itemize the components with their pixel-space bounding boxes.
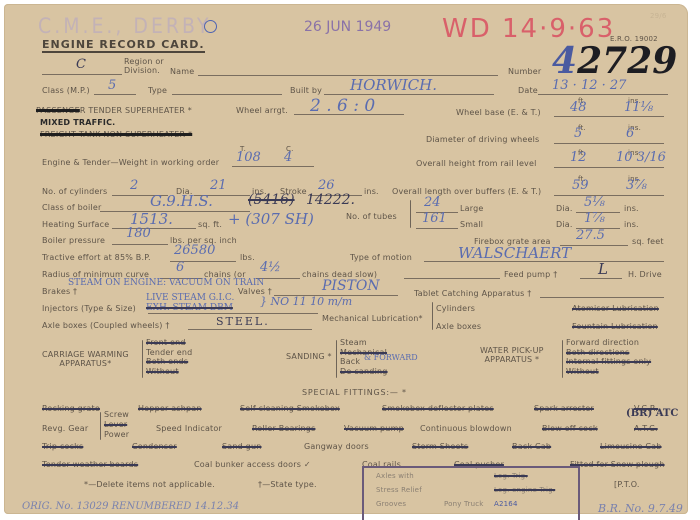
carriage-warming-label: CARRIAGE WARMING APPARATUS* — [42, 350, 129, 368]
injectors-exhaust-steam: EXH. STEAM DBM — [146, 303, 233, 313]
circled-mark — [204, 20, 217, 33]
tractive-value: 26580 — [174, 243, 215, 258]
motion-label: Type of motion — [350, 253, 412, 262]
valves-value: PISTON — [322, 278, 380, 294]
class-label: Class (M.P.) — [42, 86, 90, 95]
wheel-base-ins: 11⅛ — [624, 100, 653, 115]
stamp-line-text: Log. Trig. — [494, 472, 528, 480]
height-ins: 10 3/16 — [616, 150, 666, 165]
brakes-value: STEAM ON ENGINE: VACUUM ON TRAIN — [68, 278, 264, 288]
option-item: Tender end — [146, 348, 192, 358]
special-fitting-item: Limousine Cab — [600, 442, 662, 451]
dia-label: Dia. — [556, 204, 573, 213]
axle-coupled-value: STEEL. — [216, 315, 270, 328]
wheel-base-label: Wheel base (E. & T.) — [456, 108, 541, 117]
option-item: Both directions — [566, 348, 651, 358]
curve-value: 6 — [176, 260, 184, 275]
special-fitting-item: Hopper ashpan — [138, 404, 202, 413]
special-fitting-item: Spark arrester — [534, 404, 594, 413]
tablet-label: Tablet Catching Apparatus † — [414, 289, 531, 298]
cylinders-value: 2 — [130, 178, 138, 193]
wheel-arrgt-value: 2 . 6 : 0 — [310, 96, 375, 116]
class-value: 5 — [108, 78, 116, 93]
atomiser-lubrication: Atomiser Lubrication — [572, 304, 659, 313]
height-ft: 12 — [570, 150, 587, 165]
cme-derby-stamp: C.M.E., DERBY — [38, 14, 211, 38]
sanding-label: SANDING * — [286, 352, 332, 361]
tubes-large-count: 24 — [424, 195, 441, 210]
dia-value: 21 — [210, 178, 227, 193]
option-item: Without — [146, 367, 192, 377]
curve-slow-value: 4½ — [260, 260, 281, 275]
tubes-large-label: Large — [460, 204, 484, 213]
special-fitting-item: Vacuum pump — [344, 424, 404, 433]
date-value: 13 · 12 · 27 — [552, 78, 626, 93]
special-fitting-item: Sand gun — [222, 442, 262, 451]
boiler-class-value: G.9.H.S. — [150, 192, 213, 210]
card-title: ENGINE RECORD CARD. — [42, 38, 205, 53]
built-by-value: HORWICH. — [350, 76, 437, 94]
water-pickup-options: Forward directionBoth directionsInternal… — [566, 338, 651, 376]
weight-label: Engine & Tender—Weight in working order — [42, 158, 219, 167]
original-number-note: ORIG. No. 13029 RENUMBERED 14.12.34 — [22, 501, 239, 512]
special-fitting-item: Self-cleaning Smokebox — [240, 404, 340, 413]
type-label: Type — [148, 86, 167, 95]
height-label: Overall height from rail level — [416, 159, 537, 168]
special-fitting-item: Gangway doors — [304, 442, 369, 451]
number-label: Number — [508, 67, 541, 76]
state-type-note: †—State type. — [258, 480, 317, 489]
stamp-line-text: Pony Truck — [444, 500, 484, 508]
axle-coupled-label: Axle boxes (Coupled wheels) † — [42, 321, 170, 330]
heating-superheat: + (307 SH) — [228, 210, 314, 228]
tractive-label: Tractive effort at 85% B.P. — [42, 253, 151, 262]
option-item: Lever — [104, 420, 129, 430]
option-item: Forward direction — [566, 338, 651, 348]
special-fitting-item: Storm Sheets — [412, 442, 468, 451]
built-by-label: Built by — [290, 86, 322, 95]
special-fitting-item: Blow off cock — [542, 424, 598, 433]
boiler-number: 14222. — [306, 192, 355, 208]
special-fitting-item: Condenser — [132, 442, 177, 451]
option-item: Without — [566, 367, 651, 377]
name-label: Name — [170, 67, 194, 76]
brakes-label: Brakes † — [42, 287, 77, 296]
type-freight: FREIGHT TANK NON-SUPERHEATER * — [40, 130, 192, 139]
br-number-note: B.R. No. 9.7.49 — [598, 502, 683, 515]
tubes-small-count: 161 — [422, 211, 447, 226]
tubes-small-label: Small — [460, 220, 483, 229]
special-fitting-item: Fitted for Snow plough — [570, 460, 665, 469]
option-item: De-sanding — [340, 367, 388, 377]
grate-unit: sq. feet — [632, 237, 664, 246]
fountain-lubrication: Fountain Lubrication — [572, 322, 658, 331]
dia-label: Dia. — [556, 220, 573, 229]
special-fitting-item: Continuous blowdown — [420, 424, 512, 433]
special-fitting-item: Tender weather boards — [42, 460, 138, 469]
special-fitting-item: Rocking grate — [42, 404, 100, 413]
option-item: Internal fittings only — [566, 357, 651, 367]
delete-note: *—Delete items not applicable. — [84, 480, 215, 489]
stamp-line-text: Stress Relief — [376, 486, 422, 494]
driving-wheels-ft: 5 — [574, 126, 582, 141]
stamp-line-text: Grooves — [376, 500, 406, 508]
stamp-line-text: A2164 — [494, 500, 518, 508]
injectors-label: Injectors (Type & Size) — [42, 304, 136, 313]
date-label: Date — [518, 86, 538, 95]
weight-c: 4 — [284, 150, 292, 165]
stamp-line-text: Axles with — [376, 472, 414, 480]
atc-note: (BR) ATC — [626, 408, 678, 419]
special-fitting-item: Speed Indicator — [156, 424, 222, 433]
length-label: Overall length over buffers (E. & T.) — [392, 187, 541, 196]
revg-gear-options: ScrewLeverPower — [104, 410, 129, 440]
length-ft: 59 — [572, 178, 589, 193]
engine-record-card: C.M.E., DERBY 26 JUN 1949 WD 14·9·63 29/… — [4, 4, 688, 514]
wheel-base-ft: 48 — [570, 100, 587, 115]
tractive-unit: lbs. — [240, 253, 255, 262]
special-fitting-item: Roller Bearings — [252, 424, 315, 433]
special-fittings-title: SPECIAL FITTINGS:— * — [302, 388, 407, 397]
boiler-class-struck: (5416) — [248, 192, 295, 208]
wheel-arrgt-label: Wheel arrgt. — [236, 106, 288, 115]
injectors-size: } NO 11 10 m/m — [260, 295, 352, 308]
stamp-line-text: Log. engine Trig. — [494, 486, 555, 494]
ins-unit: ins. — [624, 204, 639, 213]
option-item: Steam — [340, 338, 388, 348]
option-item: Screw — [104, 410, 129, 420]
drive-label: H. Drive — [628, 270, 662, 279]
revg-gear-label: Revg. Gear — [42, 424, 88, 433]
option-item: Power — [104, 430, 129, 440]
type-passenger: PASSENGER TENDER SUPERHEATER * — [36, 106, 192, 115]
special-fitting-item: Coal bunker access doors ✓ — [194, 460, 311, 469]
heating-unit: sq. ft. — [198, 220, 222, 229]
option-item: Both ends — [146, 357, 192, 367]
drive-value: L — [598, 260, 608, 278]
driving-wheels-ins: 6 — [626, 126, 634, 141]
length-ins: 3⅞ — [626, 178, 647, 193]
tubes-small-dia: 1⅞ — [584, 211, 605, 226]
water-pickup-label: WATER PICK-UP APPARATUS * — [480, 346, 544, 364]
special-fitting-item: A.T.C. — [634, 424, 658, 433]
pressure-value: 180 — [126, 226, 151, 241]
injectors-live-steam: LIVE STEAM G.I.C. — [146, 293, 234, 303]
special-fitting-item: Trip cocks — [42, 442, 83, 451]
cylinders-label: No. of cylinders — [42, 187, 107, 196]
feed-pump-label: Feed pump † — [504, 270, 557, 279]
ins-unit: ins. — [364, 187, 379, 196]
boiler-class-label: Class of boiler — [42, 203, 101, 212]
region-label: Region or Division. — [124, 57, 174, 75]
corner-note: 29/6 — [650, 12, 667, 20]
type-mixed-traffic: MIXED TRAFFIC. — [40, 118, 115, 127]
option-item: Front end — [146, 338, 192, 348]
tubes-large-dia: 5⅛ — [584, 195, 605, 210]
tubes-label: No. of tubes — [346, 212, 397, 221]
grate-value: 27.5 — [576, 228, 605, 243]
sanding-note: & FORWARD — [364, 353, 418, 362]
mech-lub-cylinders: Cylinders — [436, 304, 475, 313]
ins-unit: ins. — [624, 220, 639, 229]
region-value: C — [76, 57, 86, 72]
mech-lub-axle-boxes: Axle boxes — [436, 322, 481, 331]
motion-value: WALSCHAERT — [458, 244, 571, 262]
pto-note: [P.T.O. — [614, 480, 640, 489]
stroke-value: 26 — [318, 178, 335, 193]
special-fitting-item: Back Cab — [512, 442, 551, 451]
driving-wheels-label: Diameter of driving wheels — [426, 135, 539, 144]
engine-number: 42729 — [552, 40, 677, 82]
heating-label: Heating Surface — [42, 220, 109, 229]
special-fitting-item: Smokebox deflector plates — [382, 404, 494, 413]
date-stamp: 26 JUN 1949 — [304, 19, 391, 35]
carriage-warming-options: Front endTender endBoth endsWithout — [146, 338, 192, 376]
pressure-label: Boiler pressure — [42, 236, 105, 245]
weight-t: 108 — [236, 150, 261, 165]
mech-lub-label: Mechanical Lubrication* — [322, 314, 423, 323]
